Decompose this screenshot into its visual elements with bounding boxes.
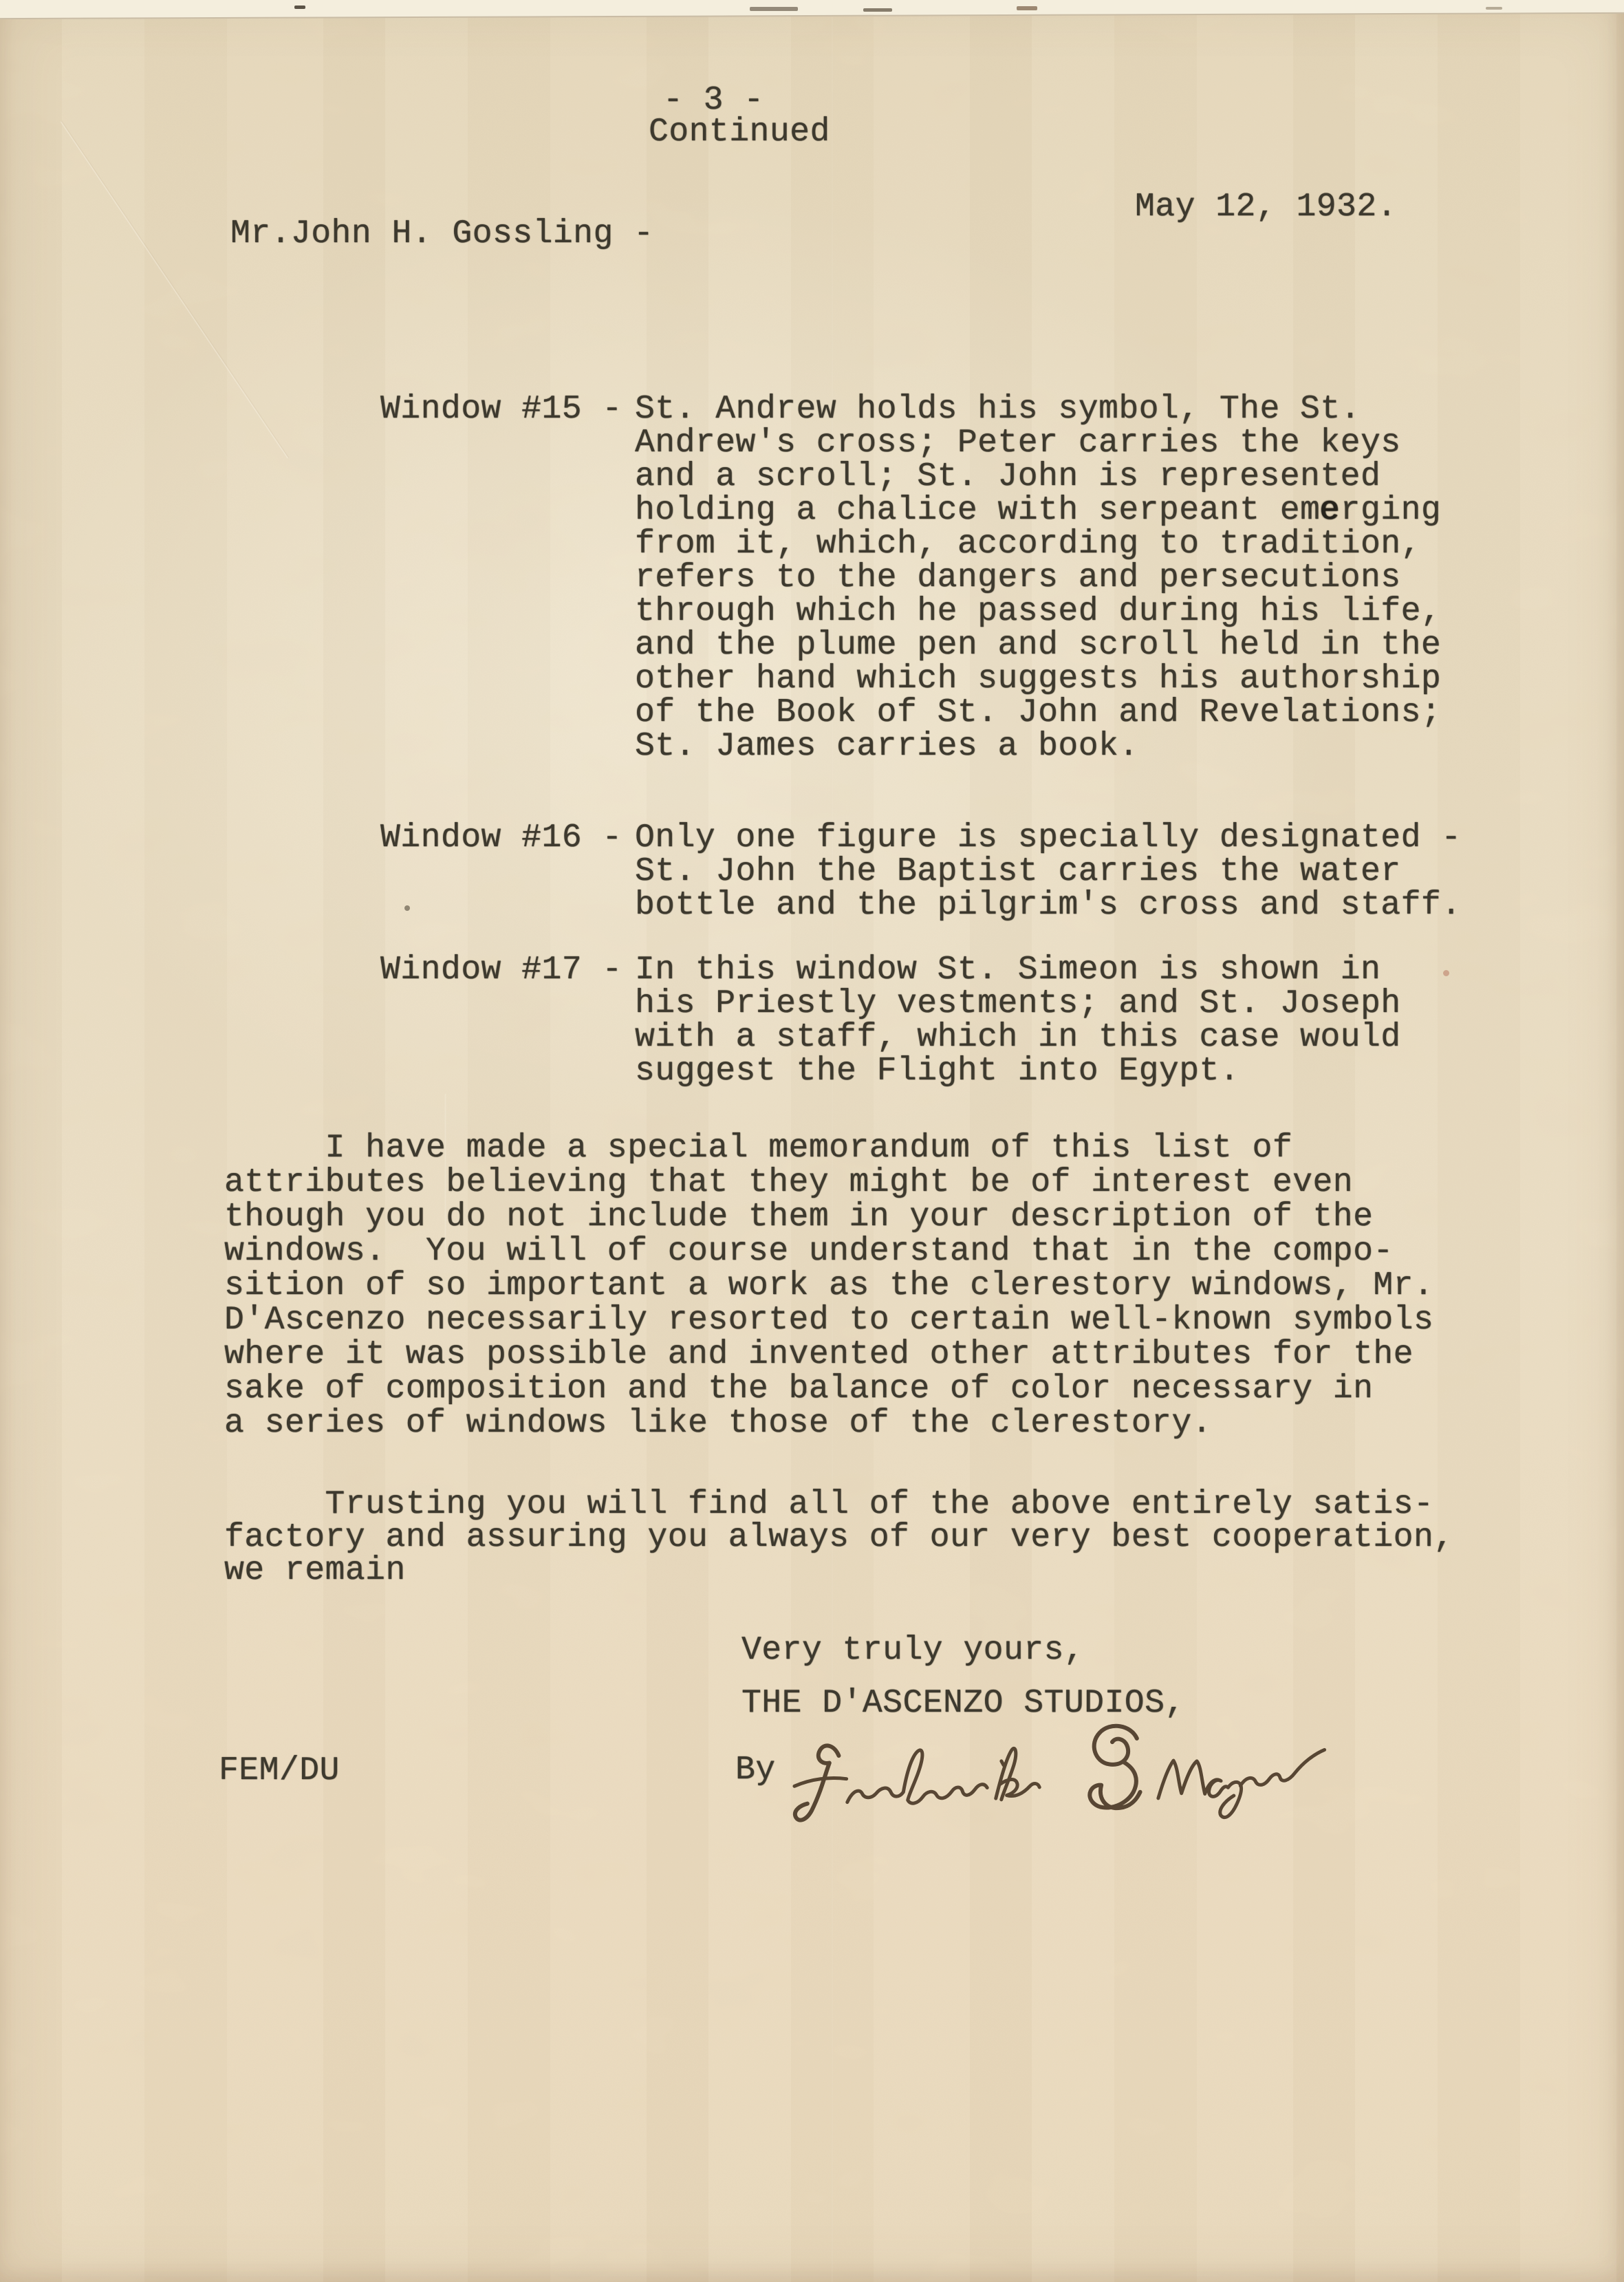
window-16-label: Window #16 -	[380, 821, 642, 855]
typist-initials: FEM/DU	[219, 1754, 340, 1788]
recipient-line: Mr.John H. Gossling -	[230, 217, 653, 251]
by-label: By	[735, 1754, 776, 1787]
window-15-label: Window #15 -	[380, 393, 642, 427]
edge-speck	[1486, 7, 1502, 10]
body-paragraph-2: Trusting you will find all of the above …	[224, 1488, 1454, 1587]
edge-speck	[863, 8, 892, 12]
crease	[60, 120, 289, 458]
window-17-text: In this window St. Simeon is shown in hi…	[635, 954, 1401, 1088]
signature-stroke	[1002, 1761, 1004, 1765]
paper: - 3 - Continued May 12, 1932. Mr.John H.…	[0, 0, 1624, 2282]
signature-strokes	[792, 1719, 1327, 1832]
signature-stroke	[1087, 1725, 1140, 1809]
date-line: May 12, 1932.	[1135, 191, 1397, 224]
window-15-text: St. Andrew holds his symbol, The St. And…	[635, 393, 1441, 764]
edge-speck	[1017, 6, 1037, 10]
valediction: Very truly yours,	[741, 1634, 1084, 1668]
page-number: - 3 -	[663, 84, 764, 118]
signature-stroke	[994, 1747, 1040, 1800]
signature-frederick-e-mayer	[779, 1700, 1375, 1865]
scanned-letter-page: - 3 - Continued May 12, 1932. Mr.John H.…	[0, 0, 1624, 2282]
body-paragraph-1: I have made a special memorandum of this…	[224, 1131, 1433, 1441]
window-17-label: Window #17 -	[380, 954, 642, 987]
signature-stroke	[845, 1748, 988, 1806]
ink-speck	[404, 905, 410, 911]
overstruck-character: e	[1319, 494, 1339, 528]
window-16-text: Only one figure is specially designated …	[635, 821, 1462, 923]
edge-speck	[750, 7, 798, 11]
continued-label: Continued	[649, 116, 830, 149]
signature-stroke	[1157, 1750, 1327, 1820]
ink-speck	[1443, 970, 1449, 976]
edge-speck	[294, 6, 305, 9]
